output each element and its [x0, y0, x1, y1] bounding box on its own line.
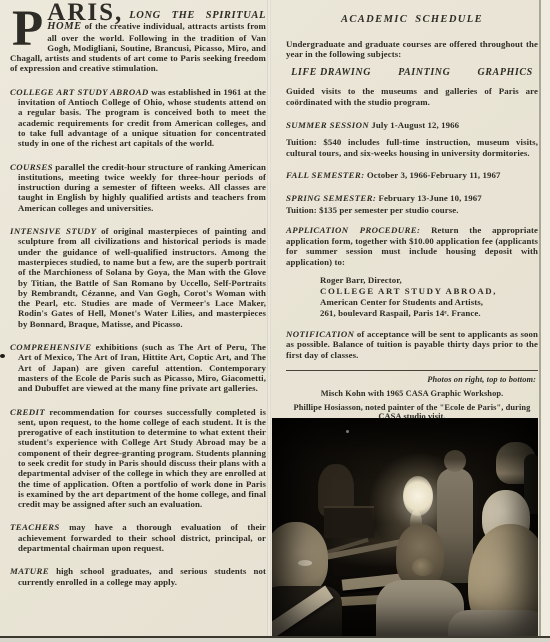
summer-session-dates: July 1-August 12, 1966	[369, 120, 459, 130]
paragraph-lead: COURSES	[10, 162, 53, 172]
address-org: COLLEGE ART STUDY ABROAD,	[320, 286, 538, 297]
summer-session-line: SUMMER SESSION July 1-August 12, 1966	[286, 120, 538, 131]
mailing-address: Roger Barr, Director, COLLEGE ART STUDY …	[320, 275, 538, 319]
paragraph-text: parallel the credit-hour structure of ra…	[18, 162, 266, 213]
summer-session-lead: SUMMER SESSION	[286, 120, 369, 130]
right-column: ACADEMIC SCHEDULE Undergraduate and grad…	[286, 10, 538, 466]
paragraph: COURSES parallel the credit-hour structu…	[10, 162, 266, 213]
spring-semester-lead: SPRING SEMESTER:	[286, 193, 376, 203]
paragraph: CREDIT recommendation for courses succes…	[10, 407, 266, 510]
paragraph: INTENSIVE STUDY of original masterpieces…	[10, 226, 266, 329]
paragraph: COLLEGE ART STUDY ABROAD was established…	[10, 87, 266, 149]
ink-spot-artifact	[0, 354, 5, 358]
fall-semester-dates: October 3, 1966-February 11, 1967	[365, 170, 501, 180]
application-procedure: APPLICATION PROCEDURE: Return the approp…	[286, 225, 538, 267]
right-page-edge	[541, 0, 550, 642]
address-name: Roger Barr, Director,	[320, 275, 538, 286]
subject-label: PAINTING	[398, 68, 450, 79]
spring-semester-dates: February 13-June 10, 1967	[376, 193, 481, 203]
courses-intro: Undergraduate and graduate courses are o…	[286, 39, 538, 60]
spring-tuition: Tuition: $135 per semester per studio co…	[286, 205, 538, 216]
paragraph-text: recommendation for courses successfully …	[18, 407, 266, 510]
photos-caption-heading: Photos on right, top to bottom:	[286, 375, 536, 386]
caption-divider-top	[286, 370, 538, 371]
brochure-page: PARIS,LONG THE SPIRITUAL HOME of the cre…	[0, 0, 550, 642]
intro-paragraph: PARIS,LONG THE SPIRITUAL HOME of the cre…	[10, 8, 266, 74]
paragraph: COMPREHENSIVE exhibitions (such as The A…	[10, 342, 266, 393]
address-street: 261, boulevard Raspail, Paris 14ᵉ. Franc…	[320, 308, 538, 319]
left-column: PARIS,LONG THE SPIRITUAL HOME of the cre…	[10, 8, 266, 587]
application-procedure-lead: APPLICATION PROCEDURE:	[286, 225, 420, 235]
subject-label: GRAPHICS	[477, 68, 532, 79]
paragraph-text: high school graduates, and serious stude…	[18, 566, 266, 586]
fall-semester-lead: FALL SEMESTER:	[286, 170, 365, 180]
paragraph-lead: CREDIT	[10, 407, 45, 417]
academic-schedule-heading: ACADEMIC SCHEDULE	[286, 15, 538, 26]
paragraph-lead: MATURE	[10, 566, 49, 576]
paragraph: TEACHERS may have a thorough evaluation …	[10, 522, 266, 553]
summer-tuition: Tuition: $540 includes full-time instruc…	[286, 137, 538, 158]
guided-visits: Guided visits to the museums and galleri…	[286, 86, 538, 107]
paragraph-lead: TEACHERS	[10, 522, 60, 532]
subjects-list: LIFE DRAWINGPAINTINGGRAPHICS	[286, 68, 538, 79]
paragraph-lead: COLLEGE ART STUDY ABROAD	[10, 87, 149, 97]
paragraph-text: of original masterpieces of painting and…	[18, 226, 266, 329]
fall-semester-line: FALL SEMESTER: October 3, 1966-February …	[286, 170, 538, 181]
bottom-scan-strip	[0, 638, 550, 642]
address-center: American Center for Students and Artists…	[320, 297, 538, 308]
notification-paragraph: NOTIFICATION of acceptance will be sent …	[286, 329, 538, 361]
spring-semester-line: SPRING SEMESTER: February 13-June 10, 19…	[286, 193, 538, 204]
paragraph-lead: COMPREHENSIVE	[10, 342, 91, 352]
paragraph: MATURE high school graduates, and seriou…	[10, 566, 266, 587]
foundry-photo	[272, 418, 538, 637]
title-dropcap: P	[10, 8, 47, 49]
paragraph-lead: INTENSIVE STUDY	[10, 226, 96, 236]
center-fold-crease	[267, 0, 271, 642]
subject-label: LIFE DRAWING	[291, 68, 371, 79]
photo-vignette	[272, 418, 538, 637]
notification-lead: NOTIFICATION	[286, 329, 354, 339]
left-column-paragraphs: COLLEGE ART STUDY ABROAD was established…	[10, 87, 266, 587]
photo-caption: Misch Kohn with 1965 CASA Graphic Worksh…	[292, 389, 532, 399]
